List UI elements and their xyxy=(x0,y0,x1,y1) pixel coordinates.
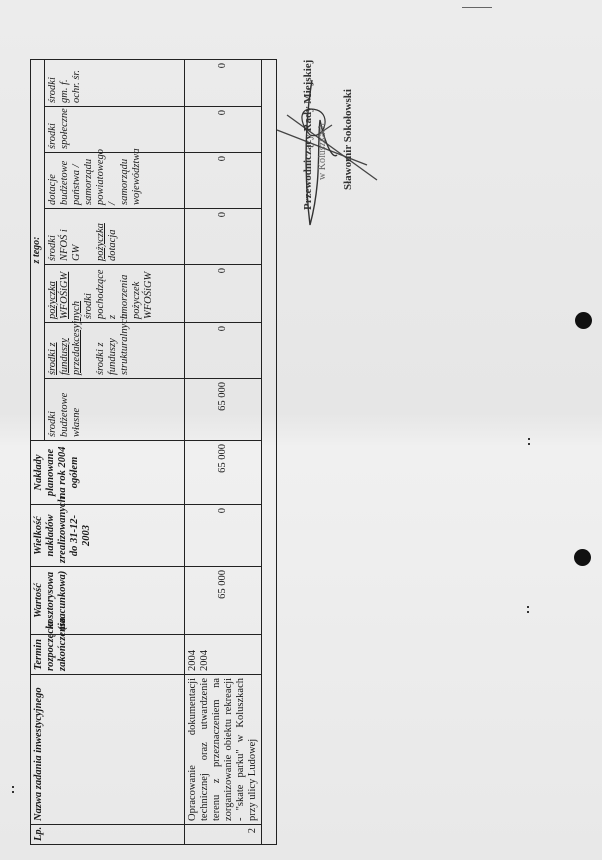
investment-table-rotated: Lp. Nazwa zadania inwestycyjnego Termin … xyxy=(30,60,255,845)
cell-planned: 65 000 xyxy=(185,441,262,505)
header-cost-value: Wartość kosztorysowa (szacunkowa) xyxy=(31,567,185,635)
scan-speck xyxy=(527,606,529,608)
table-row: 2 Opracowanie dokumentacji technicznej o… xyxy=(185,59,262,844)
cell-state-subsidies: 0 xyxy=(185,153,262,209)
header-task-name: Nazwa zadania inwestycyjnego xyxy=(31,675,185,825)
cell-realized: 0 xyxy=(185,505,262,567)
header-lp: Lp. xyxy=(31,825,185,845)
header-pre-accession: środki z funduszy przedakcesyjnych środk… xyxy=(45,323,185,379)
cell-lp: 2 xyxy=(185,825,262,845)
signature-name: Sławomir Sokołowski xyxy=(342,89,354,190)
header-own-budget: środki budżetowe własne xyxy=(45,379,185,441)
signature-title: Przewodniczący Rady Miejskiej xyxy=(302,60,314,210)
cell-task-name: Opracowanie dokumentacji technicznej ora… xyxy=(185,675,262,825)
scan-speck xyxy=(528,438,530,440)
punch-hole-top xyxy=(575,312,592,329)
scan-speck xyxy=(528,443,530,445)
cell-cost-value: 65 000 xyxy=(185,567,262,635)
signature-title-city: w Koluszkach xyxy=(317,123,328,180)
header-term: Termin rozpoczęcia zakończenia xyxy=(31,635,185,675)
scanned-page: Lp. Nazwa zadania inwestycyjnego Termin … xyxy=(0,0,602,860)
header-social-funds: środki społeczne xyxy=(45,107,185,153)
header-realized: Wielkość nakładów zrealizowanych do 31-1… xyxy=(31,505,185,567)
scan-speck xyxy=(12,791,14,793)
signature-block: Przewodniczący Rady Miejskiej w Koluszka… xyxy=(262,60,382,240)
header-planned: Nakłady planowane na rok 2004 ogółem xyxy=(31,441,185,505)
scan-speck xyxy=(527,611,529,613)
header-env-funds: środki gm. f. ochr. śr. xyxy=(45,59,185,106)
cell-env-funds: 0 xyxy=(185,59,262,106)
cell-wfos-loan: 0 xyxy=(185,265,262,323)
cell-nfos: 0 xyxy=(185,209,262,265)
header-nfos: środki NFOŚ i GW pożyczka dotacja xyxy=(45,209,185,265)
scan-mark xyxy=(462,7,492,8)
punch-hole-bottom xyxy=(574,549,591,566)
cell-term: 2004 2004 xyxy=(185,635,262,675)
scan-speck xyxy=(12,786,14,788)
investment-table: Lp. Nazwa zadania inwestycyjnego Termin … xyxy=(30,59,277,845)
cell-pre-accession: 0 xyxy=(185,323,262,379)
cell-social-funds: 0 xyxy=(185,107,262,153)
cell-own-budget: 65 000 xyxy=(185,379,262,441)
header-wfos-loan: pożyczka WFOŚiGW środki pochodzące z umo… xyxy=(45,265,185,323)
header-of-which: z tego: xyxy=(31,59,45,440)
header-state-subsidies: dotacje budżetowe państwa / samorządu po… xyxy=(45,153,185,209)
